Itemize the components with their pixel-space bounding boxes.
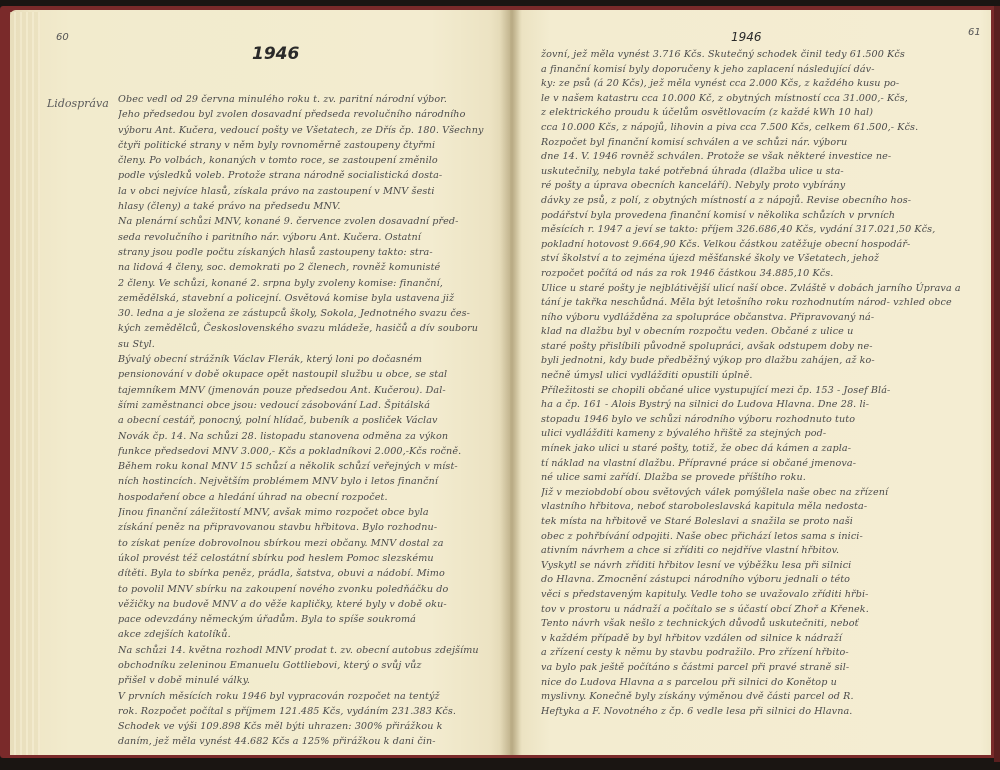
text-line: pensionování v době okupace opět nastoup… [118, 367, 503, 382]
text-line: funkce předsedovi MNV 3.000,- Kčs a pokl… [118, 444, 503, 459]
text-line: va bylo pak ještě počítáno s částmi parc… [541, 661, 971, 676]
text-line: tajemníkem MNV (jmenován pouze předsedou… [118, 383, 503, 398]
text-line: rok. Rozpočet počítal s příjmem 121.485 … [118, 704, 503, 719]
text-line: ativním návrhem a chce si zříditi co nej… [541, 544, 971, 559]
text-line: né ulice sami zařídí. Dlažba se provede … [541, 471, 971, 486]
margin-note-lidosprava: Lidospráva [47, 97, 109, 110]
text-line: hospodaření obce a hledání úhrad na obec… [118, 490, 503, 505]
text-line: Novák čp. 14. Na schůzi 28. listopadu st… [118, 429, 503, 444]
text-line: získání peněz na připravovanou stavbu hř… [118, 520, 503, 535]
page-stack-edges [10, 12, 40, 755]
text-line: 30. ledna a je složena ze zástupců školy… [118, 306, 503, 321]
text-line: seda revolučního i paritního nár. výboru… [118, 230, 503, 245]
text-line: a zřízení cesty k němu by stavbu podraži… [541, 646, 971, 661]
text-line: kých zemědělců, Československého svazu m… [118, 321, 503, 336]
text-line: uskutečnily, nebyla také potřebná úhrada… [541, 165, 971, 180]
text-line: Již v meziobdobí obou světových válek po… [541, 486, 971, 501]
text-line: ství školství a to zejména újezd měšťans… [541, 252, 971, 267]
text-line: přišel v době minulé války. [118, 673, 503, 688]
text-line: v každém případě by byl hřbitov vzdálen … [541, 632, 971, 647]
right-page-number: 61 [968, 27, 981, 38]
text-line: su Styl. [118, 337, 503, 352]
text-line: podářství byla provedena finanční komisí… [541, 209, 971, 224]
text-line: výboru Ant. Kučera, vedoucí pošty ve Vše… [118, 123, 503, 138]
text-line: ré pošty a úprava obecních kanceláří). N… [541, 179, 971, 194]
text-line: Na schůzi 14. května rozhodl MNV prodat … [118, 643, 503, 658]
text-line: daním, jež měla vynést 44.682 Kčs a 125%… [118, 734, 503, 749]
text-line: mínek jako ulici u staré pošty, totiž, ž… [541, 442, 971, 457]
text-line: tov v prostoru u nádraží a počítalo se s… [541, 603, 971, 618]
text-line: akce zdejších katolíků. [118, 627, 503, 642]
text-line: podle výsledků voleb. Protože strana nár… [118, 168, 503, 183]
text-line: úkol provést též celostátní sbírku pod h… [118, 551, 503, 566]
text-line: Během roku konal MNV 15 schůzí a několik… [118, 459, 503, 474]
text-line: Schodek ve výši 109.898 Kčs měl býti uhr… [118, 719, 503, 734]
text-line: strany jsou podle počtu získaných hlasů … [118, 245, 503, 260]
text-line: cca 10.000 Kčs, z nápojů, lihovin a piva… [541, 121, 971, 136]
text-line: byli jednotni, kdy bude předběžný výkop … [541, 354, 971, 369]
text-line: nečně úmysl ulici vydlážditi opustili úp… [541, 369, 971, 384]
text-line: 2 členy. Ve schůzi, konané 2. srpna byly… [118, 276, 503, 291]
text-line: Vyskytl se návrh zříditi hřbitov lesní v… [541, 559, 971, 574]
text-line: zemědělská, stavební a policejní. Osvěto… [118, 291, 503, 306]
text-line: žovní, jež měla vynést 3.716 Kčs. Skuteč… [541, 48, 971, 63]
text-line: do Hlavna. Zmocnění zástupci národního v… [541, 573, 971, 588]
text-line: tání je takřka neschůdná. Měla být letoš… [541, 296, 971, 311]
text-line: obchodníku zeleninou Emanuelu Gottliebov… [118, 658, 503, 673]
text-line: věžičky na budově MNV a do věže kapličky… [118, 597, 503, 612]
text-line: tek místa na hřbitově ve Staré Boleslavi… [541, 515, 971, 530]
text-line: Jinou finanční záležitostí MNV, avšak mi… [118, 505, 503, 520]
text-line: la v obci nejvíce hlasů, získala právo n… [118, 184, 503, 199]
text-line: ky: ze psů (á 20 Kčs), jež měla vynést c… [541, 77, 971, 92]
text-line: le v našem katastru cca 10.000 Kč, z oby… [541, 92, 971, 107]
text-line: klad na dlažbu byl v obecním rozpočtu ve… [541, 325, 971, 340]
text-line: nice do Ludova Hlavna a s parcelou při s… [541, 676, 971, 691]
left-page-text: Obec vedl od 29 června minulého roku t. … [118, 92, 503, 750]
text-line: Ulice u staré pošty je nejblátivější uli… [541, 282, 971, 297]
text-line: ulici vydlážditi kameny z bývalého hřišt… [541, 427, 971, 442]
left-page-number: 60 [56, 32, 69, 43]
text-line: měsících r. 1947 a jeví se takto: příjem… [541, 223, 971, 238]
text-line: hlasy (členy) a také právo na předsedu M… [118, 199, 503, 214]
text-line: na lidová 4 členy, soc. demokrati po 2 č… [118, 260, 503, 275]
text-line: a obecní cestář, ponocný, polní hlídač, … [118, 413, 503, 428]
text-line: Heftyka a F. Novotného z čp. 6 vedle les… [541, 705, 971, 720]
text-line: dítěti. Byla to sbírka peněz, prádla, ša… [118, 566, 503, 581]
text-line: Rozpočet byl finanční komisí schválen a … [541, 136, 971, 151]
text-line: Jeho předsedou byl zvolen dosavadní před… [118, 107, 503, 122]
text-line: staré pošty přislíbili původně spoluprác… [541, 340, 971, 355]
text-line: obec z pohřbívání odpojiti. Naše obec př… [541, 530, 971, 545]
text-line: Příležitosti se chopili občané ulice vys… [541, 384, 971, 399]
text-line: pokladní hotovost 9.664,90 Kčs. Velkou č… [541, 238, 971, 253]
left-year-heading: 1946 [252, 44, 299, 64]
text-line: Obec vedl od 29 června minulého roku t. … [118, 92, 503, 107]
book-cover-edge [994, 6, 1000, 762]
text-line: myslivny. Konečně byly získány výměnou d… [541, 690, 971, 705]
text-line: dávky ze psů, z polí, z obytných místnos… [541, 194, 971, 209]
text-line: ha a čp. 161 - Alois Bystrý na silnici d… [541, 398, 971, 413]
text-line: a finanční komisí byly doporučeny k jeho… [541, 63, 971, 78]
text-line: V prvních měsících roku 1946 byl vypraco… [118, 689, 503, 704]
text-line: Bývalý obecní strážník Václav Flerák, kt… [118, 352, 503, 367]
text-line: šími zaměstnanci obce jsou: vedoucí záso… [118, 398, 503, 413]
right-page-text: žovní, jež měla vynést 3.716 Kčs. Skuteč… [541, 48, 971, 719]
text-line: dne 14. V. 1946 rovněž schválen. Protože… [541, 150, 971, 165]
text-line: to povolil MNV sbírku na zakoupení novéh… [118, 582, 503, 597]
book-gutter [500, 10, 522, 755]
text-line: rozpočet počítá od nás za rok 1946 částk… [541, 267, 971, 282]
text-line: z elektrického proudu k účelům osvětlova… [541, 106, 971, 121]
text-line: Na plenární schůzi MNV, konané 9. červen… [118, 214, 503, 229]
text-line: tí náklad na vlastní dlažbu. Přípravné p… [541, 457, 971, 472]
text-line: stopadu 1946 bylo ve schůzi národního vý… [541, 413, 971, 428]
text-line: věci s představeným kapituly. Vedle toho… [541, 588, 971, 603]
text-line: členy. Po volbách, konaných v tomto roce… [118, 153, 503, 168]
text-line: pace odevzdány německým úřadům. Byla to … [118, 612, 503, 627]
text-line: ních hostincích. Největším problémem MNV… [118, 474, 503, 489]
text-line: čtyři politické strany v něm byly rovnom… [118, 138, 503, 153]
text-line: ního výboru vydlážděna za spolupráce obč… [541, 311, 971, 326]
text-line: Tento návrh však nešlo z technických dův… [541, 617, 971, 632]
text-line: to získat peníze dobrovolnou sbírkou mez… [118, 536, 503, 551]
right-year-heading: 1946 [731, 30, 762, 44]
text-line: vlastního hřbitova, neboť staroboleslavs… [541, 500, 971, 515]
